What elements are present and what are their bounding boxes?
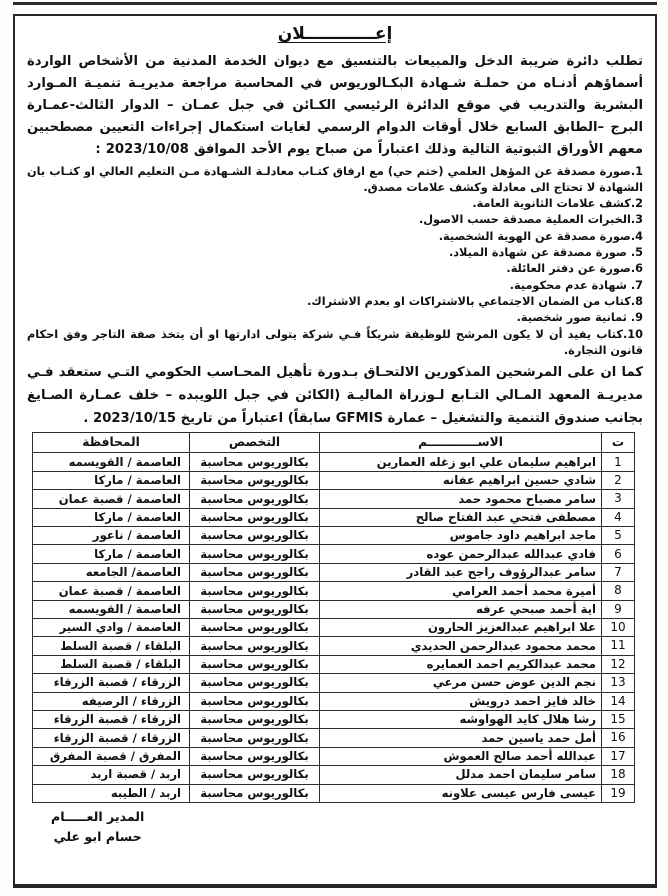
candidate-specialty: بكالوريوس محاسبة — [190, 692, 320, 710]
title-row: إعــــــــــــلان — [27, 24, 643, 44]
requirement-item: 3.الخبرات العملية مصدقة حسب الاصول. — [27, 212, 643, 228]
candidate-name: مصطفى فتحي عبد الفتاح صالح — [320, 508, 602, 526]
candidate-number: 13 — [602, 674, 635, 692]
candidate-governorate: العاصمة / ماركا — [33, 545, 190, 563]
col-header-name: الاســــــــــــم — [320, 433, 602, 453]
candidate-number: 7 — [602, 563, 635, 581]
table-row: 19عيسى فارس عيسى علاونهبكالوريوس محاسبةا… — [33, 784, 635, 802]
candidate-name: رشا هلال كايد الهواوشه — [320, 710, 602, 728]
table-row: 3سامر مصباح محمود حمدبكالوريوس محاسبةالع… — [33, 490, 635, 508]
table-row: 7سامر عبدالرؤوف راجح عبد القادربكالوريوس… — [33, 563, 635, 581]
requirement-item: 4.صورة مصدقة عن الهوية الشخصية. — [27, 229, 643, 245]
candidate-governorate: العاصمة / وادي السير — [33, 619, 190, 637]
candidate-number: 18 — [602, 766, 635, 784]
candidate-specialty: بكالوريوس محاسبة — [190, 766, 320, 784]
candidate-number: 19 — [602, 784, 635, 802]
table-row: 4مصطفى فتحي عبد الفتاح صالحبكالوريوس محا… — [33, 508, 635, 526]
candidate-number: 17 — [602, 747, 635, 765]
candidate-number: 14 — [602, 692, 635, 710]
candidate-name: عيسى فارس عيسى علاونه — [320, 784, 602, 802]
candidates-table: ت الاســــــــــــم التخصص المحافظة 1ابر… — [32, 432, 635, 802]
candidate-governorate: البلقاء / قصبة السلط — [33, 637, 190, 655]
cropped-box-edge — [13, 2, 657, 5]
candidate-number: 5 — [602, 527, 635, 545]
candidate-governorate: العاصمة / القويسمه — [33, 600, 190, 618]
candidate-governorate: الزرقاء / قصبة الزرقاء — [33, 674, 190, 692]
candidate-name: نجم الدين عوض حسن مرعي — [320, 674, 602, 692]
candidate-specialty: بكالوريوس محاسبة — [190, 563, 320, 581]
candidate-number: 1 — [602, 453, 635, 471]
candidate-specialty: بكالوريوس محاسبة — [190, 490, 320, 508]
candidate-name: خالد فايز احمد درويش — [320, 692, 602, 710]
candidate-specialty: بكالوريوس محاسبة — [190, 674, 320, 692]
requirement-item: 2.كشف علامات الثانوية العامة. — [27, 196, 643, 212]
candidate-number: 2 — [602, 471, 635, 489]
candidate-specialty: بكالوريوس محاسبة — [190, 729, 320, 747]
document-frame: إعــــــــــــلان تطلب دائرة ضريبة الدخل… — [13, 14, 657, 888]
candidate-number: 16 — [602, 729, 635, 747]
candidate-number: 8 — [602, 582, 635, 600]
candidate-specialty: بكالوريوس محاسبة — [190, 619, 320, 637]
candidate-number: 15 — [602, 710, 635, 728]
candidate-governorate: العاصمة / ماركا — [33, 471, 190, 489]
requirement-item: 5. صورة مصدقة عن شهادة الميلاد. — [27, 245, 643, 261]
table-row: 17عبدالله أحمد صالح العموشبكالوريوس محاس… — [33, 747, 635, 765]
intro-paragraph: تطلب دائرة ضريبة الدخل والمبيعات بالتنسي… — [27, 51, 643, 161]
candidate-governorate: العاصمة / ماركا — [33, 508, 190, 526]
candidate-name: محمد عبدالكريم احمد العمايره — [320, 655, 602, 673]
requirements-list: 1.صورة مصدقة عن المؤهل العلمي (ختم حي) م… — [27, 164, 643, 360]
table-row: 6فادي عبدالله عبدالرحمن عودهبكالوريوس مح… — [33, 545, 635, 563]
candidate-name: اية أحمد صبحي عرفه — [320, 600, 602, 618]
candidate-number: 3 — [602, 490, 635, 508]
candidate-number: 12 — [602, 655, 635, 673]
candidate-name: سامر سليمان احمد مدلل — [320, 766, 602, 784]
scanned-announcement-page: إعــــــــــــلان تطلب دائرة ضريبة الدخل… — [0, 0, 668, 896]
requirement-item: 7. شهادة عدم محكومية. — [27, 278, 643, 294]
candidate-specialty: بكالوريوس محاسبة — [190, 508, 320, 526]
candidate-number: 6 — [602, 545, 635, 563]
candidate-specialty: بكالوريوس محاسبة — [190, 655, 320, 673]
candidate-specialty: بكالوريوس محاسبة — [190, 582, 320, 600]
table-body: 1ابراهيم سليمان علي ابو زغله العمارينبكا… — [33, 453, 635, 802]
candidate-governorate: الزرقاء / قصبة الزرقاء — [33, 710, 190, 728]
table-row: 5ماجد ابراهيم داود جاموسبكالوريوس محاسبة… — [33, 527, 635, 545]
col-header-number: ت — [602, 433, 635, 453]
signature-name: حسام ابو علي — [51, 827, 144, 847]
table-row: 13نجم الدين عوض حسن مرعيبكالوريوس محاسبة… — [33, 674, 635, 692]
candidate-name: سامر عبدالرؤوف راجح عبد القادر — [320, 563, 602, 581]
candidate-name: ابراهيم سليمان علي ابو زغله العمارين — [320, 453, 602, 471]
table-row: 11محمد محمود عبدالرحمن الحديديبكالوريوس … — [33, 637, 635, 655]
requirement-item: 8.كتاب من الضمان الاجتماعي بالاشتراكات ا… — [27, 294, 643, 310]
table-row: 18سامر سليمان احمد مدللبكالوريوس محاسبةا… — [33, 766, 635, 784]
candidate-specialty: بكالوريوس محاسبة — [190, 600, 320, 618]
signature-title: المدير العـــــام — [51, 807, 144, 827]
candidate-number: 11 — [602, 637, 635, 655]
candidate-specialty: بكالوريوس محاسبة — [190, 545, 320, 563]
candidate-governorate: المفرق / قصبة المفرق — [33, 747, 190, 765]
candidate-governorate: البلقاء / قصبة السلط — [33, 655, 190, 673]
candidate-governorate: العاصمة / القويسمه — [33, 453, 190, 471]
table-row: 9اية أحمد صبحي عرفهبكالوريوس محاسبةالعاص… — [33, 600, 635, 618]
candidate-name: علا ابراهيم عبدالعزيز الحارون — [320, 619, 602, 637]
candidate-specialty: بكالوريوس محاسبة — [190, 527, 320, 545]
candidate-name: فادي عبدالله عبدالرحمن عوده — [320, 545, 602, 563]
candidate-name: عبدالله أحمد صالح العموش — [320, 747, 602, 765]
candidate-name: شادي حسين ابراهيم عفانه — [320, 471, 602, 489]
table-row: 1ابراهيم سليمان علي ابو زغله العمارينبكا… — [33, 453, 635, 471]
candidate-name: محمد محمود عبدالرحمن الحديدي — [320, 637, 602, 655]
candidate-governorate: العاصمة/ الجامعه — [33, 563, 190, 581]
candidate-governorate: العاصمة / ناعور — [33, 527, 190, 545]
requirement-item: 1.صورة مصدقة عن المؤهل العلمي (ختم حي) م… — [27, 164, 643, 197]
candidate-specialty: بكالوريوس محاسبة — [190, 637, 320, 655]
page-title: إعــــــــــــلان — [278, 24, 393, 44]
table-row: 16أمل حمد ياسين حمدبكالوريوس محاسبةالزرق… — [33, 729, 635, 747]
table-row: 10علا ابراهيم عبدالعزيز الحارونبكالوريوس… — [33, 619, 635, 637]
table-row: 14خالد فايز احمد درويشبكالوريوس محاسبةال… — [33, 692, 635, 710]
candidate-name: أميرة محمد أحمد العرامي — [320, 582, 602, 600]
table-row: 12محمد عبدالكريم احمد العمايرهبكالوريوس … — [33, 655, 635, 673]
table-header-row: ت الاســــــــــــم التخصص المحافظة — [33, 433, 635, 453]
candidate-governorate: الزرقاء / قصبة الزرقاء — [33, 729, 190, 747]
candidate-specialty: بكالوريوس محاسبة — [190, 471, 320, 489]
table-row: 2شادي حسين ابراهيم عفانهبكالوريوس محاسبة… — [33, 471, 635, 489]
candidate-governorate: العاصمة / قصبة عمان — [33, 490, 190, 508]
candidate-number: 9 — [602, 600, 635, 618]
candidate-specialty: بكالوريوس محاسبة — [190, 784, 320, 802]
col-header-governorate: المحافظة — [33, 433, 190, 453]
requirement-item: 9. ثمانية صور شخصية. — [27, 310, 643, 326]
signature-block: المدير العـــــام حسام ابو علي — [51, 807, 144, 847]
candidate-governorate: العاصمة / قصبة عمان — [33, 582, 190, 600]
candidate-governorate: الزرقاء / الرصيفه — [33, 692, 190, 710]
requirement-item: 10.كتاب يفيد أن لا يكون المرشح للوظيفة ش… — [27, 327, 643, 360]
candidate-specialty: بكالوريوس محاسبة — [190, 710, 320, 728]
candidate-name: ماجد ابراهيم داود جاموس — [320, 527, 602, 545]
candidate-number: 10 — [602, 619, 635, 637]
candidate-specialty: بكالوريوس محاسبة — [190, 747, 320, 765]
candidate-governorate: اربد / الطيبه — [33, 784, 190, 802]
table-row: 8أميرة محمد أحمد العراميبكالوريوس محاسبة… — [33, 582, 635, 600]
training-course-paragraph: كما ان على المرشحين المذكورين الالتحـاق … — [27, 362, 643, 430]
candidate-number: 4 — [602, 508, 635, 526]
candidate-governorate: اربد / قصبة اربد — [33, 766, 190, 784]
requirement-item: 6.صورة عن دفتر العائلة. — [27, 261, 643, 277]
col-header-specialty: التخصص — [190, 433, 320, 453]
table-row: 15رشا هلال كايد الهواوشهبكالوريوس محاسبة… — [33, 710, 635, 728]
candidate-specialty: بكالوريوس محاسبة — [190, 453, 320, 471]
candidate-name: أمل حمد ياسين حمد — [320, 729, 602, 747]
candidate-name: سامر مصباح محمود حمد — [320, 490, 602, 508]
